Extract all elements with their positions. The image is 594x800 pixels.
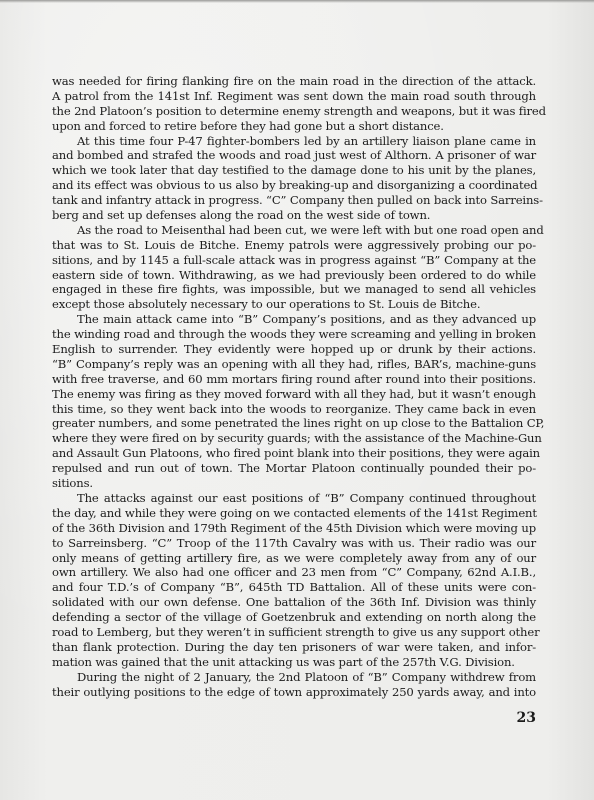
text-line: English to surrender. They evidently wer… xyxy=(52,342,536,357)
text-line: berg and set up defenses along the road … xyxy=(52,208,536,223)
body-text: was needed for firing flanking fire on t… xyxy=(52,74,536,699)
text-line: and its effect was obvious to us also by… xyxy=(52,178,536,193)
text-line: their outlying positions to the edge of … xyxy=(52,685,536,700)
text-line: the winding road and through the woods t… xyxy=(52,327,536,342)
text-line: and bombed and strafed the woods and roa… xyxy=(52,148,536,163)
text-line: The attacks against our east positions o… xyxy=(52,491,536,506)
text-line: sitions. xyxy=(52,476,536,491)
text-line: tank and infantry attack in progress. “C… xyxy=(52,193,536,208)
text-line: to Sarreinsberg. “C” Troop of the 117th … xyxy=(52,536,536,551)
text-line: this time, so they went back into the wo… xyxy=(52,402,536,417)
text-line: sitions, and by 1145 a full-scale attack… xyxy=(52,253,536,268)
text-line: mation was gained that the unit attackin… xyxy=(52,655,536,670)
text-line: road to Lemberg, but they weren’t in suf… xyxy=(52,625,536,640)
paragraph: As the road to Meisenthal had been cut, … xyxy=(52,223,536,312)
text-line: except those absolutely necessary to our… xyxy=(52,297,536,312)
text-line: the 2nd Platoon’s position to determine … xyxy=(52,104,536,119)
text-line: was needed for firing flanking fire on t… xyxy=(52,74,536,89)
text-line: that was to St. Louis de Bitche. Enemy p… xyxy=(52,238,536,253)
text-line: than flank protection. During the day te… xyxy=(52,640,536,655)
text-line: and four T.D.’s of Company “B”, 645th TD… xyxy=(52,580,536,595)
text-line: where they were fired on by security gua… xyxy=(52,431,536,446)
text-line: only means of getting artillery fire, as… xyxy=(52,551,536,566)
text-line: The main attack came into “B” Company’s … xyxy=(52,312,536,327)
text-line: with free traverse, and 60 mm mortars fi… xyxy=(52,372,536,387)
text-line: defending a sector of the village of Goe… xyxy=(52,610,536,625)
text-line: During the night of 2 January, the 2nd P… xyxy=(52,670,536,685)
text-line: upon and forced to retire before they ha… xyxy=(52,119,536,134)
paragraph: was needed for firing flanking fire on t… xyxy=(52,74,536,134)
paragraph: The main attack came into “B” Company’s … xyxy=(52,312,536,491)
text-line: “B” Company’s reply was an opening with … xyxy=(52,357,536,372)
text-line: solidated with our own defense. One batt… xyxy=(52,595,536,610)
text-line: As the road to Meisenthal had been cut, … xyxy=(52,223,536,238)
scanned-page: was needed for firing flanking fire on t… xyxy=(0,0,594,800)
text-line: engaged in these fire fights, was imposs… xyxy=(52,282,536,297)
text-line: own artillery. We also had one officer a… xyxy=(52,565,536,580)
text-line: eastern side of town. Withdrawing, as we… xyxy=(52,268,536,283)
text-line: which we took later that day testified t… xyxy=(52,163,536,178)
paragraph: During the night of 2 January, the 2nd P… xyxy=(52,670,536,700)
page-top-edge-shadow xyxy=(0,0,594,3)
text-line: At this time four P-47 fighter-bombers l… xyxy=(52,134,536,149)
text-line: the day, and while they were going on we… xyxy=(52,506,536,521)
paragraph: At this time four P-47 fighter-bombers l… xyxy=(52,134,536,223)
text-line: repulsed and run out of town. The Mortar… xyxy=(52,461,536,476)
paragraph: The attacks against our east positions o… xyxy=(52,491,536,670)
text-line: and Assault Gun Platoons, who fired poin… xyxy=(52,446,536,461)
text-line: greater numbers, and some penetrated the… xyxy=(52,416,536,431)
text-line: The enemy was firing as they moved forwa… xyxy=(52,387,536,402)
page-number: 23 xyxy=(480,710,536,726)
text-line: A patrol from the 141st Inf. Regiment wa… xyxy=(52,89,536,104)
text-line: of the 36th Division and 179th Regiment … xyxy=(52,521,536,536)
